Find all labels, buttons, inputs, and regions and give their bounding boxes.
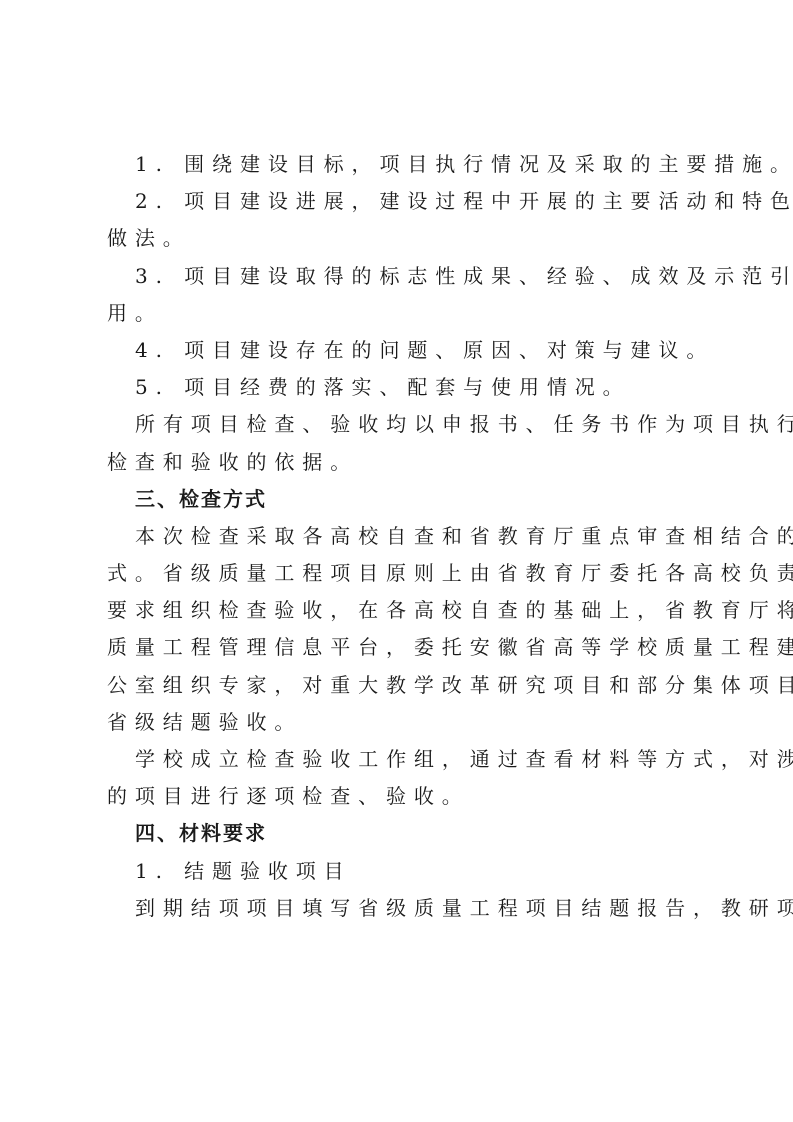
paragraph-inspection-method: 本次检查采取各高校自查和省教育厅重点审查相结合的方: [107, 518, 695, 555]
list-item-3: 3. 项目建设取得的标志性成果、经验、成效及示范引领作: [107, 258, 695, 295]
list-item-3-continuation: 用。: [107, 295, 695, 332]
list-item-5: 5. 项目经费的落实、配套与使用情况。: [107, 369, 695, 406]
section-heading-material-requirements: 四、材料要求: [107, 815, 695, 852]
paragraph-inspection-method-line-6: 省级结题验收。: [107, 704, 695, 741]
list-item-4: 4. 项目建设存在的问题、原因、对策与建议。: [107, 332, 695, 369]
list-item-2-continuation: 做法。: [107, 220, 695, 257]
paragraph-inspection-method-line-4: 质量工程管理信息平台，委托安徽省高等学校质量工程建设办: [107, 629, 695, 666]
paragraph-closing-report: 到期结项项目填写省级质量工程项目结题报告，教研项目: [107, 890, 695, 927]
document-page: 1. 围绕建设目标，项目执行情况及采取的主要措施。 2. 项目建设进展，建设过程…: [107, 146, 695, 927]
subheading-closing-acceptance: 1. 结题验收项目: [107, 853, 695, 890]
section-heading-inspection-method: 三、检查方式: [107, 481, 695, 518]
paragraph-inspection-method-line-5: 公室组织专家，对重大教学改革研究项目和部分集体项目进行: [107, 667, 695, 704]
paragraph-basis-continuation: 检查和验收的依据。: [107, 444, 695, 481]
list-item-1: 1. 围绕建设目标，项目执行情况及采取的主要措施。: [107, 146, 695, 183]
paragraph-working-group: 学校成立检查验收工作组，通过查看材料等方式，对涉及: [107, 741, 695, 778]
paragraph-inspection-method-line-2: 式。省级质量工程项目原则上由省教育厅委托各高校负责按照: [107, 555, 695, 592]
paragraph-inspection-method-line-3: 要求组织检查验收，在各高校自查的基础上，省教育厅将依托: [107, 592, 695, 629]
paragraph-working-group-continuation: 的项目进行逐项检查、验收。: [107, 778, 695, 815]
paragraph-basis: 所有项目检查、验收均以申报书、任务书作为项目执行、: [107, 406, 695, 443]
list-item-2: 2. 项目建设进展，建设过程中开展的主要活动和特色创新: [107, 183, 695, 220]
